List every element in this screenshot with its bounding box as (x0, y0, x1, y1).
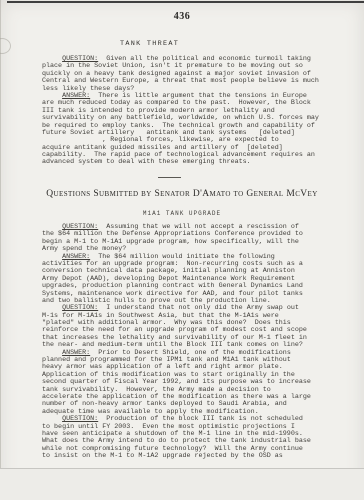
tank-threat-text-block: QUESTION: Given all the political and ec… (42, 56, 319, 167)
m1a1-upgrade-subheading: M1A1 TANK UPGRADE (0, 210, 364, 217)
text-line: advanced system to deal with these emerg… (42, 159, 319, 166)
scanned-document-page: 436 TANK THREAT QUESTION: Given all the … (0, 0, 364, 500)
punch-hole-mark (0, 38, 11, 54)
damato-questions-heading: Questions Submitted by Senator D'Amato t… (0, 189, 364, 199)
scan-top-edge (7, 1, 364, 3)
page-number: 436 (0, 11, 364, 22)
damato-text-block: QUESTION: Assuming that we will not acce… (42, 224, 311, 461)
tank-threat-heading: TANK THREAT (120, 40, 179, 48)
section-divider-rule (158, 177, 181, 178)
below-page-area (0, 469, 364, 500)
qa-label: QUESTION: (62, 415, 98, 423)
scan-left-edge (0, 0, 1, 500)
text-line: to insist on the M-1 to M-1A2 upgrade re… (42, 453, 311, 460)
